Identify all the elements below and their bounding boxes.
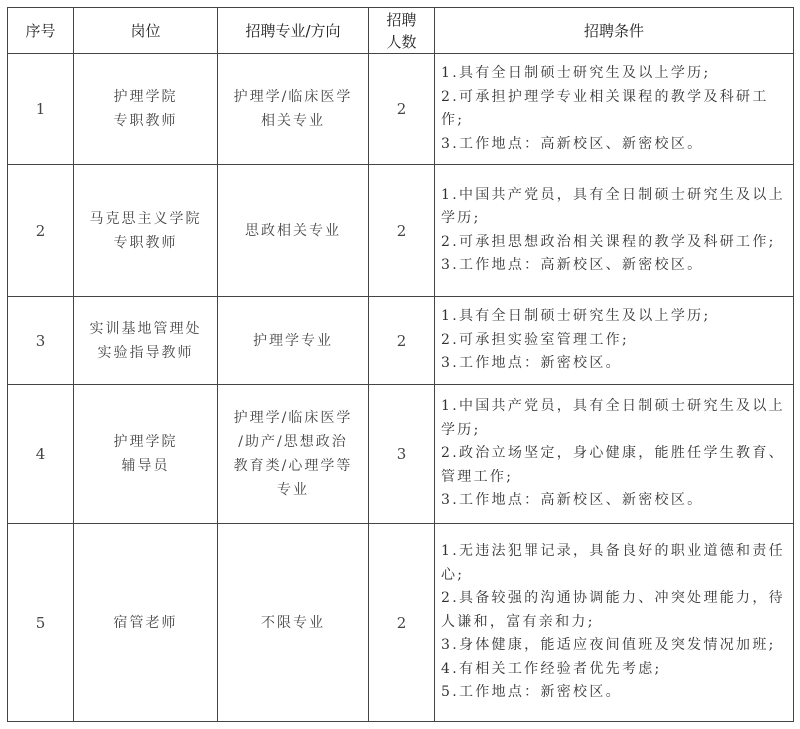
position-line: 护理学院 <box>74 430 217 454</box>
row-position: 护理学院 专职教师 <box>74 54 218 165</box>
requirement-item: 4.有相关工作经验者优先考虑; <box>441 658 787 682</box>
row-requirements: 1.中国共产党员，具有全日制硕士研究生及以上学历; 2.可承担思想政治相关课程的… <box>435 165 794 297</box>
major-line: 护理学专业 <box>218 329 368 353</box>
row-requirements: 1.具有全日制硕士研究生及以上学历; 2.可承担实验室管理工作; 3.工作地点：… <box>435 297 794 385</box>
requirement-item: 2.政治立场坚定，身心健康，能胜任学生教育、管理工作; <box>441 442 787 489</box>
row-position: 马克思主义学院 专职教师 <box>74 165 218 297</box>
row-requirements: 1.中国共产党员，具有全日制硕士研究生及以上学历; 2.政治立场坚定，身心健康，… <box>435 385 794 524</box>
row-index: 4 <box>8 385 74 524</box>
position-line: 实训基地管理处 <box>74 317 217 341</box>
header-count-line1: 招聘 <box>369 9 434 31</box>
major-line: 相关专业 <box>218 109 368 133</box>
requirement-item: 3.身体健康，能适应夜间值班及突发情况加班; <box>441 634 787 658</box>
major-line: 不限专业 <box>218 611 368 635</box>
row-index: 2 <box>8 165 74 297</box>
row-count: 2 <box>369 524 435 722</box>
header-count: 招聘 人数 <box>369 8 435 54</box>
requirement-item: 3.工作地点：高新校区、新密校区。 <box>441 254 787 278</box>
row-count: 3 <box>369 385 435 524</box>
requirement-item: 3.工作地点：新密校区。 <box>441 352 787 376</box>
requirement-item: 2.可承担思想政治相关课程的教学及科研工作; <box>441 231 787 255</box>
header-index: 序号 <box>8 8 74 54</box>
table-header-row: 序号 岗位 招聘专业/方向 招聘 人数 招聘条件 <box>8 8 794 54</box>
major-line: 教育类/心理学等 <box>218 454 368 478</box>
requirement-item: 1.中国共产党员，具有全日制硕士研究生及以上学历; <box>441 184 787 231</box>
row-count: 2 <box>369 297 435 385</box>
header-position: 岗位 <box>74 8 218 54</box>
requirement-item: 3.工作地点：高新校区、新密校区。 <box>441 133 787 157</box>
row-major: 思政相关专业 <box>218 165 369 297</box>
requirement-item: 1.具有全日制硕士研究生及以上学历; <box>441 305 787 329</box>
major-line: 思政相关专业 <box>218 219 368 243</box>
major-line: 护理学/临床医学 <box>218 406 368 430</box>
row-position: 护理学院 辅导员 <box>74 385 218 524</box>
header-major: 招聘专业/方向 <box>218 8 369 54</box>
position-line: 实验指导教师 <box>74 341 217 365</box>
row-major: 护理学/临床医学 /助产/思想政治 教育类/心理学等 专业 <box>218 385 369 524</box>
row-index: 1 <box>8 54 74 165</box>
requirement-item: 1.中国共产党员，具有全日制硕士研究生及以上学历; <box>441 395 787 442</box>
row-count: 2 <box>369 54 435 165</box>
requirement-item: 2.可承担实验室管理工作; <box>441 329 787 353</box>
table-row: 3 实训基地管理处 实验指导教师 护理学专业 2 1.具有全日制硕士研究生及以上… <box>8 297 794 385</box>
row-major: 不限专业 <box>218 524 369 722</box>
position-line: 马克思主义学院 <box>74 207 217 231</box>
requirement-item: 5.工作地点：新密校区。 <box>441 681 787 705</box>
table-row: 1 护理学院 专职教师 护理学/临床医学 相关专业 2 1.具有全日制硕士研究生… <box>8 54 794 165</box>
requirement-item: 2.具备较强的沟通协调能力、冲突处理能力，待人谦和，富有亲和力; <box>441 587 787 634</box>
row-position: 宿管老师 <box>74 524 218 722</box>
row-count: 2 <box>369 165 435 297</box>
requirement-item: 1.具有全日制硕士研究生及以上学历; <box>441 62 787 86</box>
requirement-item: 3.工作地点：高新校区、新密校区。 <box>441 489 787 513</box>
row-index: 3 <box>8 297 74 385</box>
table-row: 4 护理学院 辅导员 护理学/临床医学 /助产/思想政治 教育类/心理学等 专业… <box>8 385 794 524</box>
recruitment-table: 序号 岗位 招聘专业/方向 招聘 人数 招聘条件 1 护理学院 专职教师 护理学… <box>7 7 794 722</box>
row-requirements: 1.无违法犯罪记录，具备良好的职业道德和责任心; 2.具备较强的沟通协调能力、冲… <box>435 524 794 722</box>
row-major: 护理学/临床医学 相关专业 <box>218 54 369 165</box>
position-line: 专职教师 <box>74 231 217 255</box>
major-line: 护理学/临床医学 <box>218 85 368 109</box>
row-major: 护理学专业 <box>218 297 369 385</box>
position-line: 护理学院 <box>74 85 217 109</box>
row-position: 实训基地管理处 实验指导教师 <box>74 297 218 385</box>
header-count-line2: 人数 <box>369 31 434 53</box>
table-row: 5 宿管老师 不限专业 2 1.无违法犯罪记录，具备良好的职业道德和责任心; 2… <box>8 524 794 722</box>
header-requirements: 招聘条件 <box>435 8 794 54</box>
requirement-item: 2.可承担护理学专业相关课程的教学及科研工作; <box>441 86 787 133</box>
major-line: 专业 <box>218 478 368 502</box>
position-line: 专职教师 <box>74 109 217 133</box>
table-row: 2 马克思主义学院 专职教师 思政相关专业 2 1.中国共产党员，具有全日制硕士… <box>8 165 794 297</box>
major-line: /助产/思想政治 <box>218 430 368 454</box>
row-requirements: 1.具有全日制硕士研究生及以上学历; 2.可承担护理学专业相关课程的教学及科研工… <box>435 54 794 165</box>
requirement-item: 1.无违法犯罪记录，具备良好的职业道德和责任心; <box>441 540 787 587</box>
position-line: 宿管老师 <box>74 611 217 635</box>
position-line: 辅导员 <box>74 454 217 478</box>
row-index: 5 <box>8 524 74 722</box>
